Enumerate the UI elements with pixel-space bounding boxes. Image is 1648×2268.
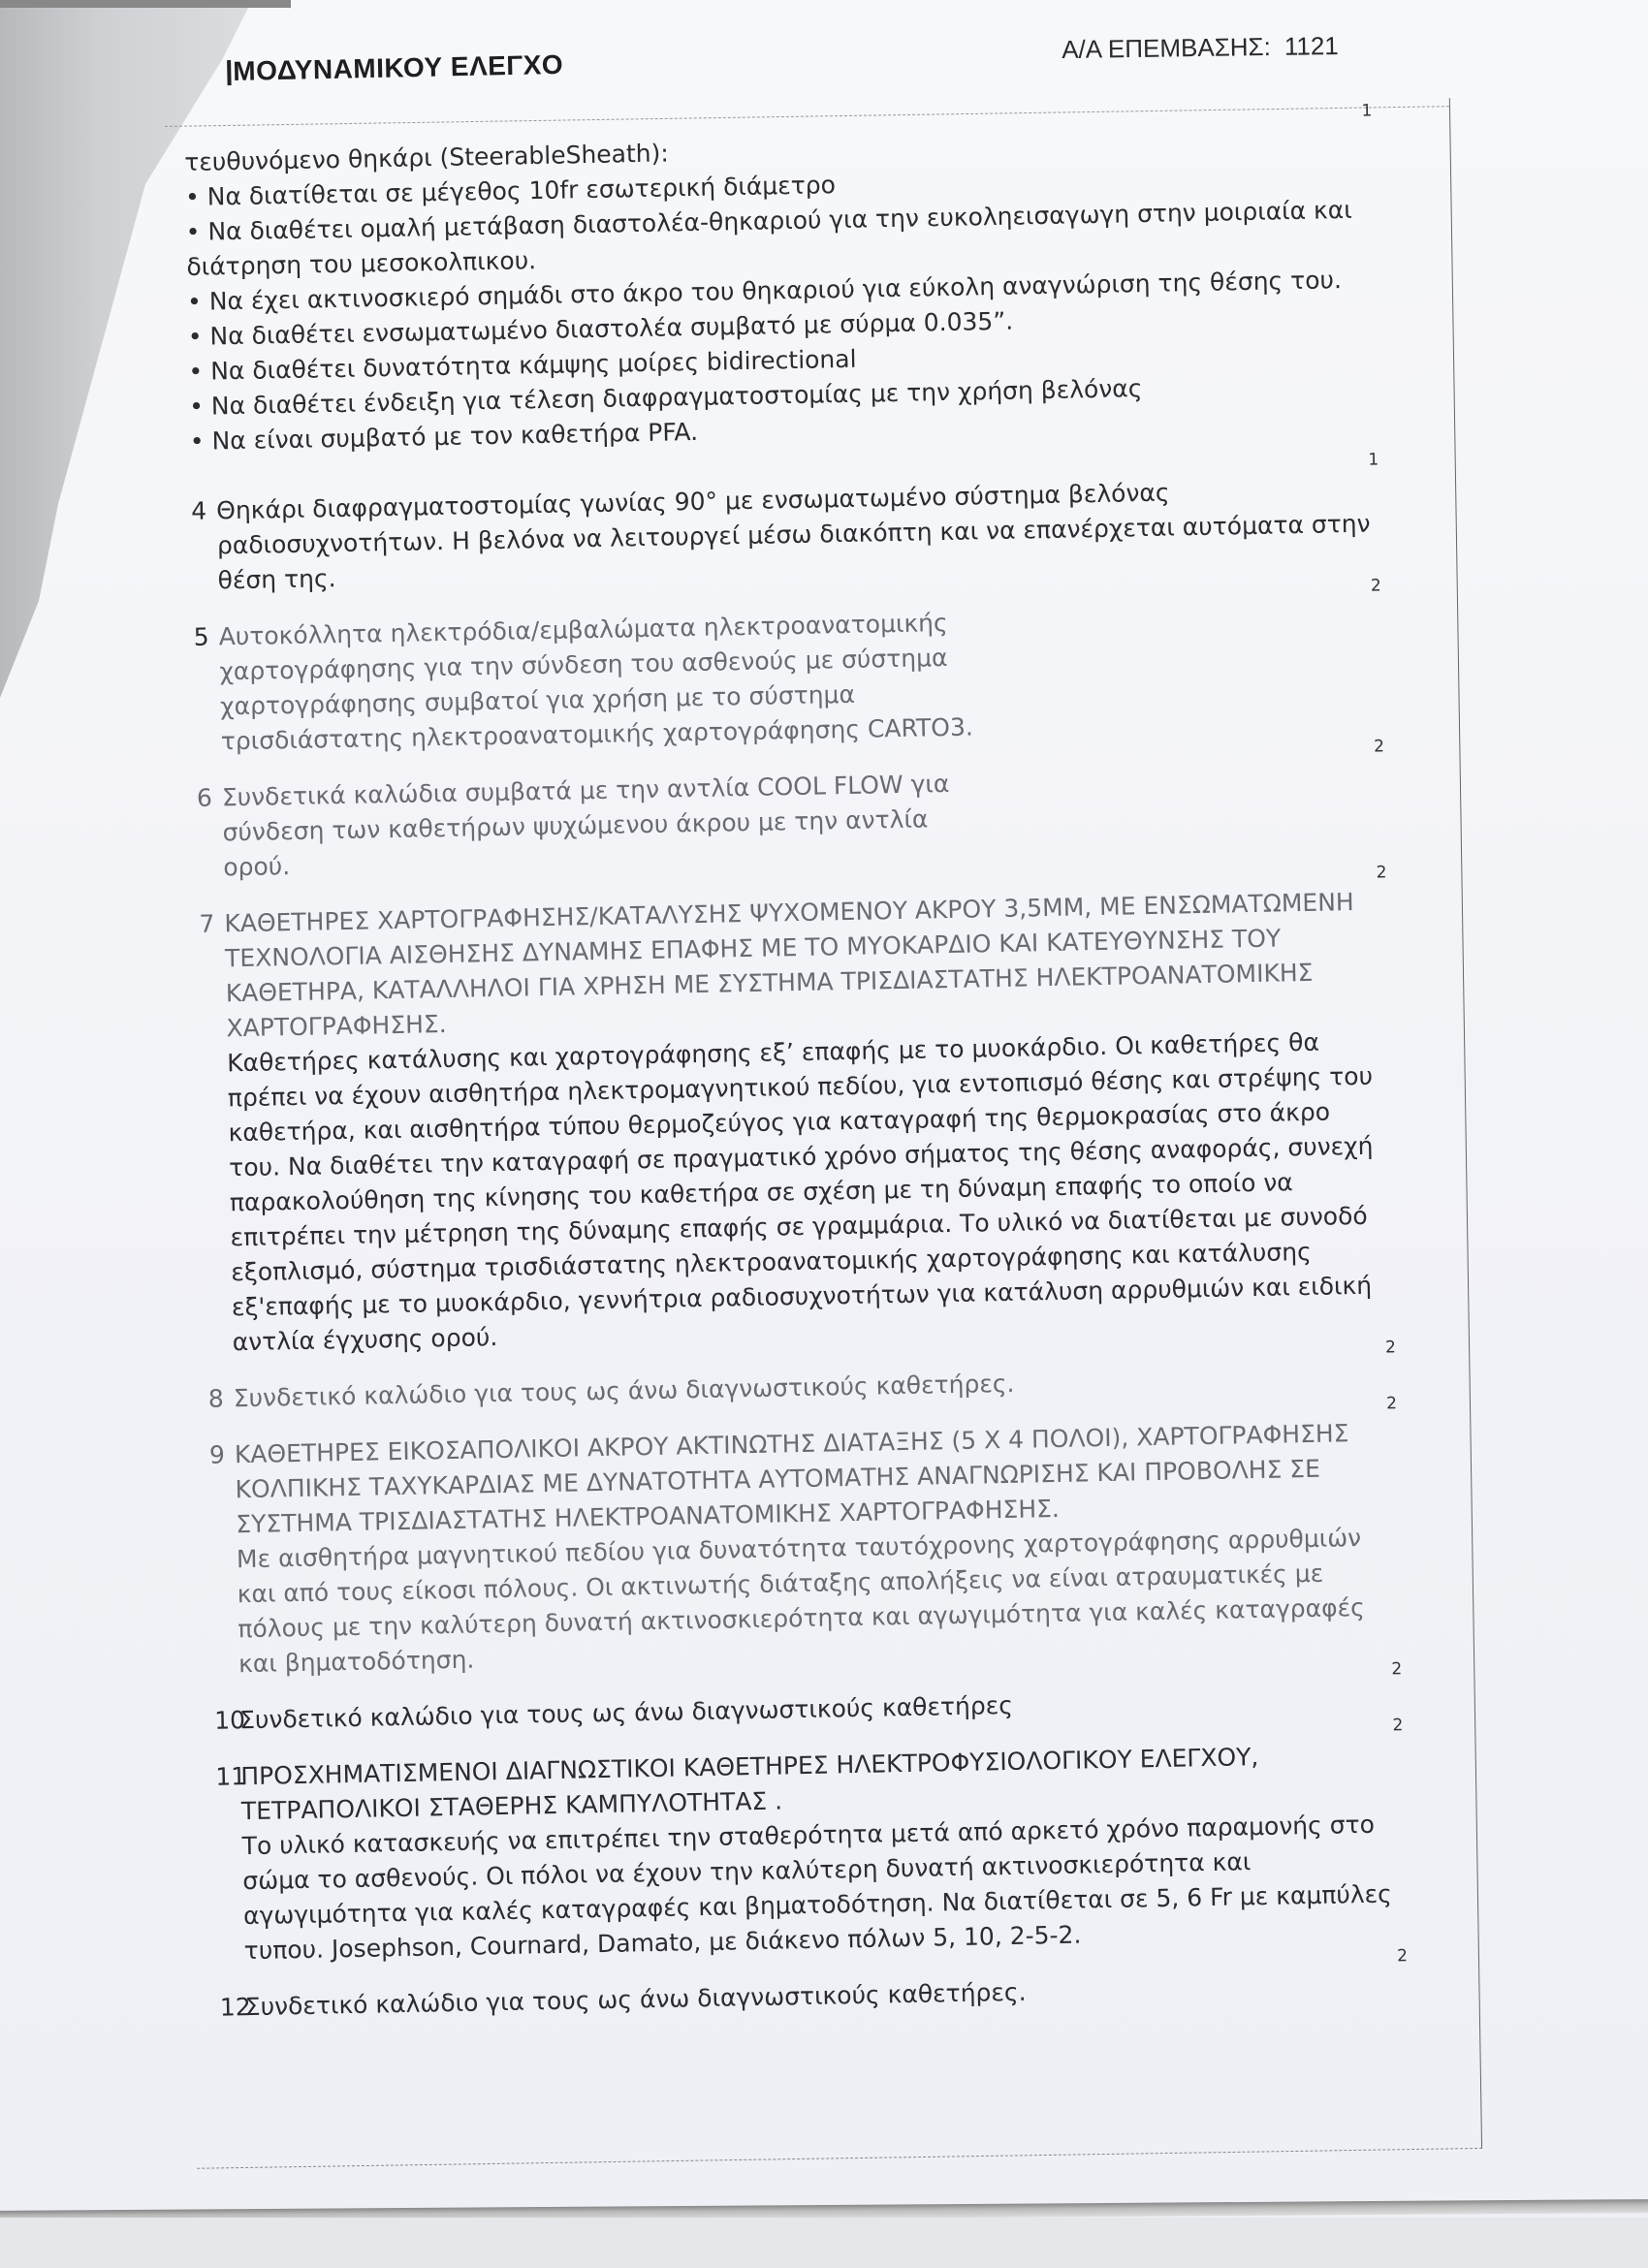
item-quantity: 2 bbox=[1392, 1708, 1404, 1743]
item-bullets: Να διατίθεται σε μέγεθος 10fr εσωτερική … bbox=[185, 157, 1392, 459]
document-title: ΜΟΔΥΝΑΜΙΚΟΥ ΕΛΕΓΧΟ bbox=[233, 49, 563, 87]
item-list: 1 τευθυνόμενο θηκάρι (SteerableSheath): … bbox=[184, 122, 1422, 2046]
item-number: 9 bbox=[209, 1437, 226, 1472]
item-quantity: 2 bbox=[1371, 568, 1382, 603]
list-item: 12 2 Συνδετικό καλώδιο για τους ως άνω δ… bbox=[245, 1968, 1422, 2025]
item-number: 11 bbox=[215, 1759, 246, 1795]
list-item: 10 2 Συνδετικό καλώδιο για τους ως άνω δ… bbox=[239, 1681, 1416, 1738]
item-number: 8 bbox=[207, 1381, 224, 1416]
list-item: 11 2 ΠΡΟΣΧΗΜΑΤΙΣΜΕΝΟΙ ΔΙΑΓΝΩΣΤΙΚΟΙ ΚΑΘΕΤ… bbox=[240, 1737, 1398, 1969]
item-quantity: 1 bbox=[1361, 93, 1373, 128]
item-quantity: 2 bbox=[1376, 855, 1387, 890]
scan-background bbox=[0, 2218, 1648, 2268]
item-description: Καθετήρες κατάλυσης και χαρτογράφησης εξ… bbox=[227, 1024, 1386, 1360]
item-quantity: 2 bbox=[1397, 1938, 1409, 1973]
item-number: 12 bbox=[220, 1990, 251, 2026]
list-item: 9 2 ΚΑΘΕΤΗΡΕΣ ΕΙΚΟΣΑΠΟΛΙΚΟΙ ΑΚΡΟΥ ΑΚΤΙΝΩ… bbox=[235, 1415, 1393, 1682]
item-number: 7 bbox=[199, 907, 215, 942]
intervention-number: 1121 bbox=[1284, 31, 1339, 61]
item-number: 6 bbox=[197, 781, 213, 816]
item-number: 5 bbox=[193, 620, 209, 655]
scanned-page: ΜΟΔΥΝΑΜΙΚΟΥ ΕΛΕΓΧΟ Α/Α ΕΠΕΜΒΑΣΗΣ:1121 1 … bbox=[0, 0, 1648, 2268]
list-item: 4 1 Θηκάρι διαφραγματοστομίας γωνίας 90°… bbox=[216, 471, 1395, 598]
item-quantity: 2 bbox=[1391, 1652, 1403, 1686]
list-item: 8 2 Συνδετικό καλώδιο για τους ως άνω δι… bbox=[233, 1359, 1410, 1416]
item-number: 4 bbox=[191, 494, 207, 529]
item-quantity: 1 bbox=[1368, 442, 1379, 477]
item-description: Το υλικό κατασκευής να επιτρέπει την στα… bbox=[241, 1807, 1398, 1969]
list-item: 5 2 Αυτοκόλλητα ηλεκτρόδια/εμβαλώματα ηλ… bbox=[218, 605, 1016, 760]
item-title: Θηκάρι διαφραγματοστομίας γωνίας 90° με … bbox=[216, 471, 1395, 598]
item-number: 10 bbox=[214, 1703, 245, 1739]
item-description: Με αισθητήρα μαγνητικού πεδίου για δυνατ… bbox=[237, 1520, 1393, 1682]
intervention-number-label: Α/Α ΕΠΕΜΒΑΣΗΣ:1121 bbox=[1062, 31, 1339, 65]
list-item: 6 2 Συνδετικά καλώδια συμβατά με την αντ… bbox=[222, 767, 961, 886]
item-title: Συνδετικό καλώδιο για τους ως άνω διαγνω… bbox=[239, 1681, 1416, 1738]
item-title: Συνδετικά καλώδια συμβατά με την αντλία … bbox=[222, 767, 961, 886]
item-quantity: 2 bbox=[1386, 1386, 1398, 1421]
list-item: 7 2 ΚΑΘΕΤΗΡΕΣ ΧΑΡΤΟΓΡΑΦΗΣΗΣ/ΚΑΤΑΛΥΣΗΣ ΨΥ… bbox=[224, 885, 1386, 1361]
item-title: Αυτοκόλλητα ηλεκτρόδια/εμβαλώματα ηλεκτρ… bbox=[218, 605, 1016, 760]
scan-edge bbox=[0, 0, 291, 8]
item-title: Συνδετικό καλώδιο για τους ως άνω διαγνω… bbox=[233, 1359, 1410, 1416]
item-quantity: 2 bbox=[1385, 1330, 1397, 1365]
item-title: ΚΑΘΕΤΗΡΕΣ ΧΑΡΤΟΓΡΑΦΗΣΗΣ/ΚΑΤΑΛΥΣΗΣ ΨΥΧΟΜΕ… bbox=[224, 885, 1380, 1047]
item-title: Συνδετικό καλώδιο για τους ως άνω διαγνω… bbox=[245, 1968, 1422, 2025]
intervention-label: Α/Α ΕΠΕΜΒΑΣΗΣ: bbox=[1062, 32, 1271, 64]
item-quantity: 2 bbox=[1374, 729, 1385, 764]
list-item: 1 τευθυνόμενο θηκάρι (SteerableSheath): … bbox=[184, 122, 1392, 459]
